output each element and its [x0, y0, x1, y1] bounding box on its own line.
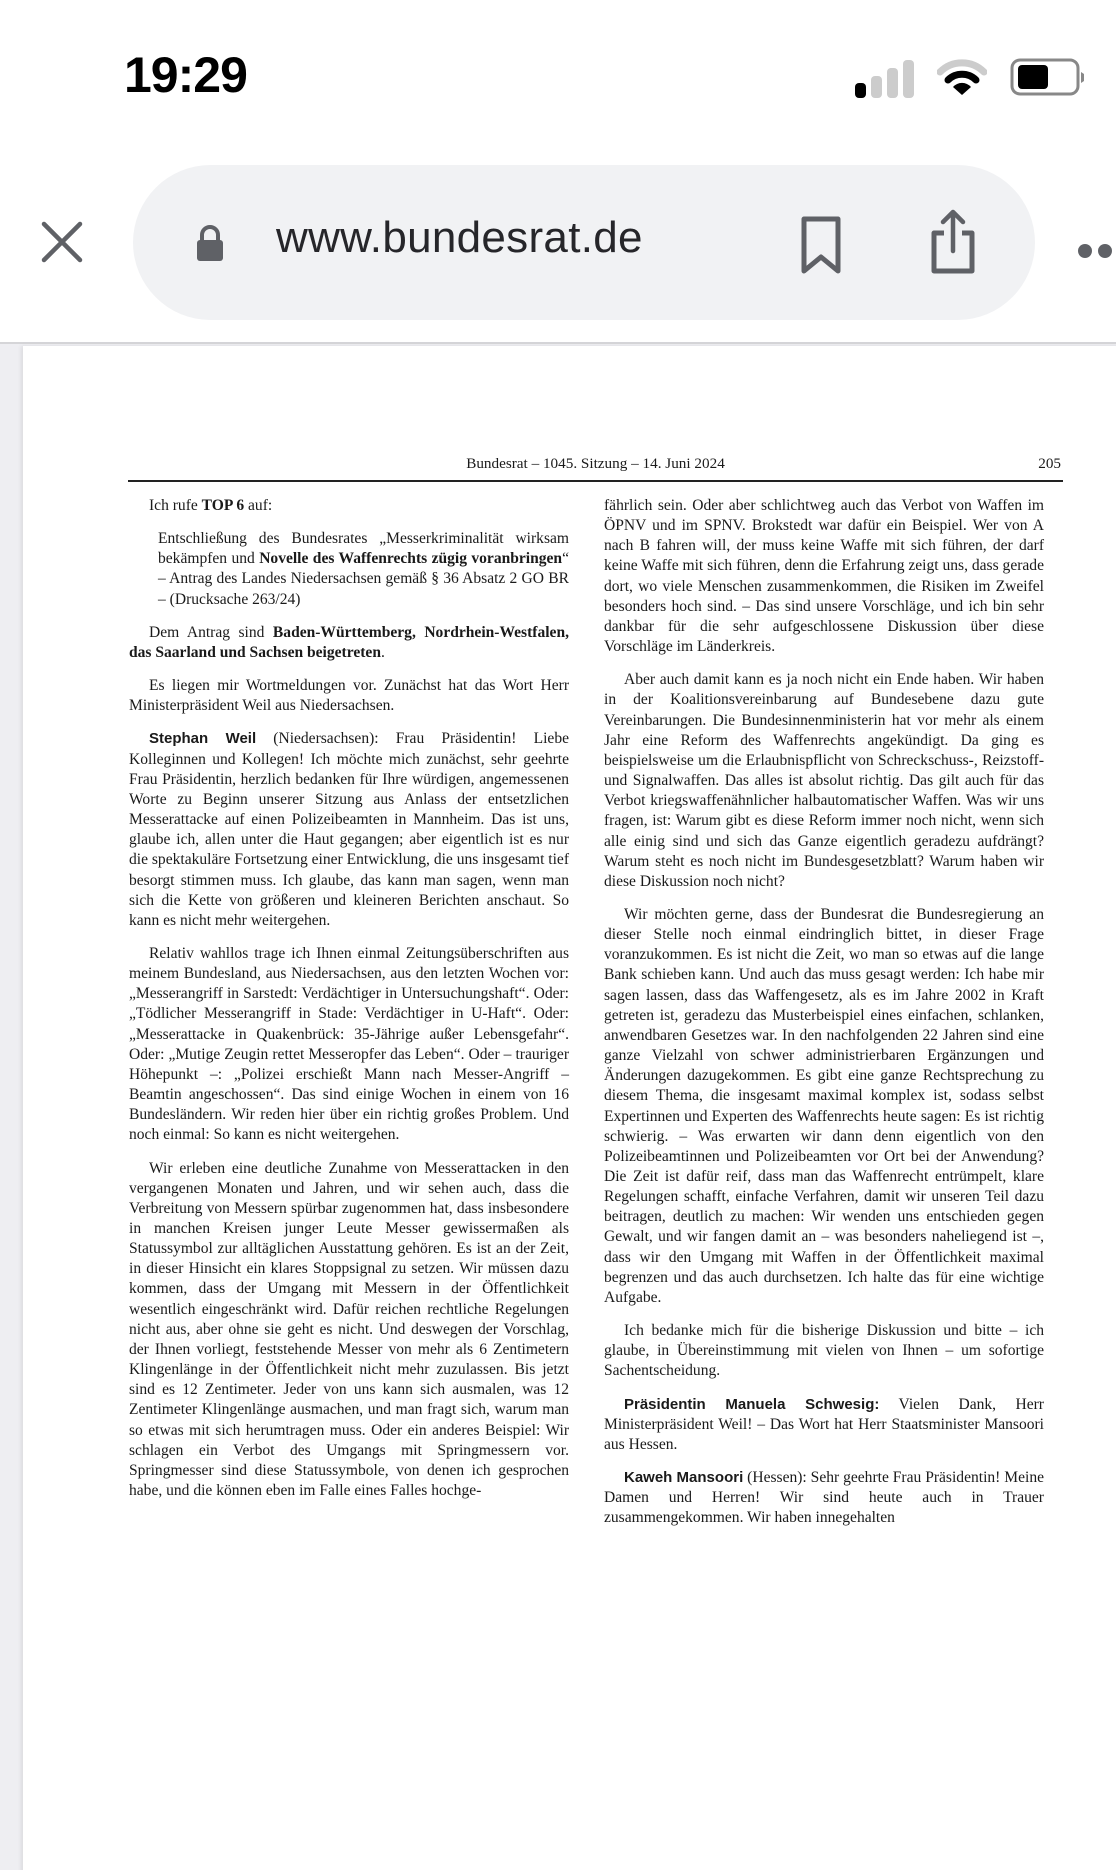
- speaker-name: Kaweh Mansoori: [624, 1469, 743, 1486]
- close-icon[interactable]: [40, 220, 84, 264]
- speech-paragraph: Präsidentin Manuela Schwesig: Vielen Dan…: [604, 1395, 1044, 1455]
- paragraph: fährlich sein. Oder aber schlichtweg auc…: [604, 496, 1044, 657]
- paragraph: Wir erleben eine deutliche Zunahme von M…: [129, 1159, 569, 1502]
- speaker-name: Stephan Weil: [149, 730, 256, 747]
- bookmark-icon[interactable]: [798, 215, 844, 275]
- document-page: Bundesrat – 1045. Sitzung – 14. Juni 202…: [23, 346, 1116, 1870]
- speech-paragraph: Kaweh Mansoori (Hessen): Sehr geehrte Fr…: [604, 1468, 1044, 1528]
- status-time: 19:29: [124, 46, 247, 104]
- address-bar[interactable]: www.bundesrat.de: [133, 165, 1035, 320]
- battery-icon: [1010, 58, 1086, 98]
- right-column: fährlich sein. Oder aber schlichtweg auc…: [604, 496, 1044, 1542]
- paragraph: Wir möchten gerne, dass der Bundesrat di…: [604, 905, 1044, 1308]
- paragraph: Ich rufe TOP 6 auf:: [129, 496, 569, 516]
- lock-icon: [193, 223, 227, 263]
- speech-paragraph: Stephan Weil (Niedersachsen): Frau Präsi…: [129, 729, 569, 931]
- wifi-icon: [937, 58, 987, 98]
- running-head-title: Bundesrat – 1045. Sitzung – 14. Juni 202…: [128, 455, 1063, 473]
- paragraph: Aber auch damit kann es ja noch nicht ei…: [604, 670, 1044, 892]
- cellular-signal-icon: [855, 58, 915, 98]
- left-column: Ich rufe TOP 6 auf: Entschließung des Bu…: [129, 496, 569, 1514]
- page-number: 205: [1038, 455, 1061, 473]
- paragraph: Relativ wahllos trage ich Ihnen einmal Z…: [129, 944, 569, 1146]
- status-bar: 19:29: [0, 0, 1116, 140]
- more-icon[interactable]: [1078, 244, 1116, 258]
- browser-toolbar: www.bundesrat.de: [0, 160, 1116, 325]
- paragraph: Es liegen mir Wortmeldungen vor. Zunächs…: [129, 676, 569, 716]
- speaker-name: Präsidentin Manuela Schwesig:: [624, 1396, 879, 1413]
- paragraph: Dem Antrag sind Baden-Württemberg, Nordr…: [129, 623, 569, 663]
- agenda-item-block: Entschließung des Bundesrates „Messerkri…: [158, 529, 569, 610]
- url-text[interactable]: www.bundesrat.de: [276, 213, 643, 263]
- running-head: Bundesrat – 1045. Sitzung – 14. Juni 202…: [128, 454, 1063, 482]
- share-icon[interactable]: [928, 209, 978, 275]
- pdf-viewer[interactable]: Bundesrat – 1045. Sitzung – 14. Juni 202…: [0, 344, 1116, 1870]
- paragraph: Ich bedanke mich für die bisherige Disku…: [604, 1321, 1044, 1381]
